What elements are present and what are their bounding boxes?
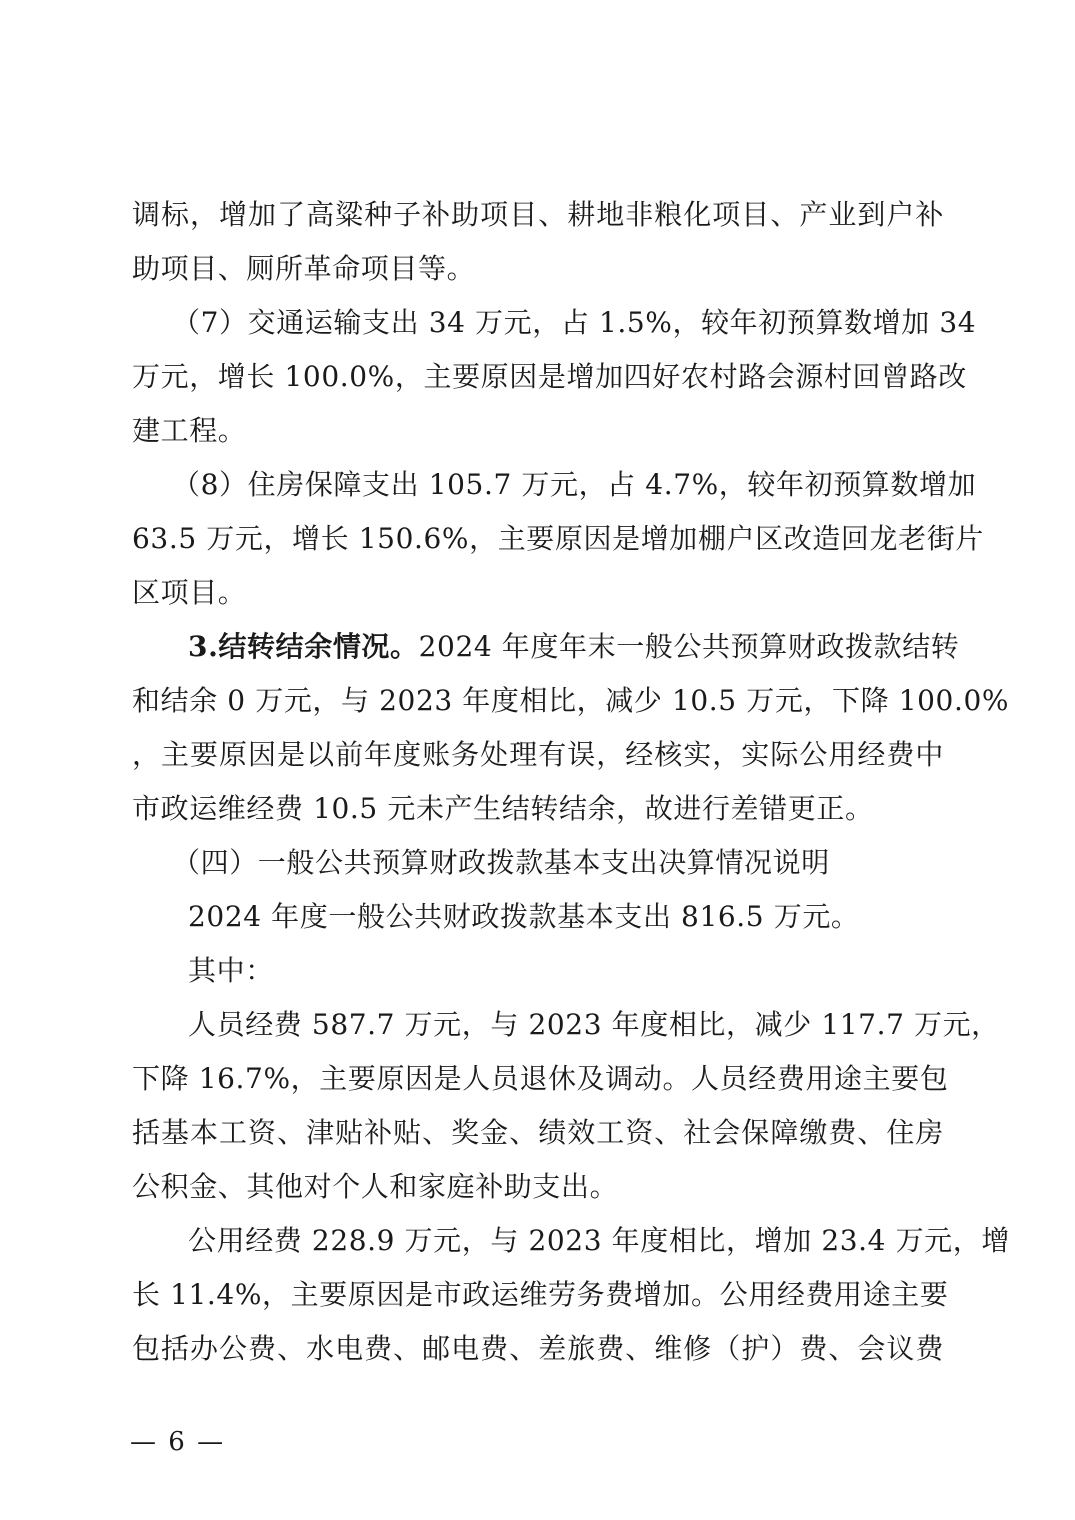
paragraph-line-public: 公用经费 228.9 万元，与 2023 年度相比，增加 23.4 万元，增 (188, 1221, 944, 1261)
paragraph-line: 下降 16.7%，主要原因是人员退休及调动。人员经费用途主要包 (132, 1059, 944, 1099)
paragraph-line: 包括办公费、水电费、邮电费、差旅费、维修（护）费、会议费 (132, 1329, 944, 1369)
paragraph-line: 和结余 0 万元，与 2023 年度相比，减少 10.5 万元，下降 100.0… (132, 681, 944, 721)
paragraph-line: ，主要原因是以前年度账务处理有误，经核实，实际公用经费中 (132, 735, 944, 775)
paragraph-line: 市政运维经费 10.5 元未产生结转结余，故进行差错更正。 (132, 789, 944, 829)
section-heading-basic-expenditure: （四）一般公共预算财政拨款基本支出决算情况说明 (172, 843, 984, 883)
paragraph-line: 调标，增加了高粱种子补助项目、耕地非粮化项目、产业到户补 (132, 195, 944, 235)
paragraph-line: 括基本工资、津贴补贴、奖金、绩效工资、社会保障缴费、住房 (132, 1113, 944, 1153)
paragraph-line: 助项目、厕所革命项目等。 (132, 249, 944, 289)
paragraph-line: 63.5 万元，增长 150.6%，主要原因是增加棚户区改造回龙老街片 (132, 519, 944, 559)
page-number: — 6 — (130, 1422, 225, 1462)
paragraph-text: 2024 年度年末一般公共预算财政拨款结转 (419, 627, 960, 667)
paragraph-line-personnel: 人员经费 587.7 万元，与 2023 年度相比，减少 117.7 万元， (188, 1005, 944, 1045)
document-page: 调标，增加了高粱种子补助项目、耕地非粮化项目、产业到户补 助项目、厕所革命项目等… (0, 0, 1075, 1520)
paragraph-line: 建工程。 (132, 411, 944, 451)
paragraph-line-carryover: 3.结转结余情况。2024 年度年末一般公共预算财政拨款结转 (188, 627, 944, 667)
paragraph-line: 2024 年度一般公共财政拨款基本支出 816.5 万元。 (188, 897, 1000, 937)
paragraph-line-item-8: （8）住房保障支出 105.7 万元，占 4.7%，较年初预算数增加 (172, 465, 944, 505)
paragraph-line: 长 11.4%，主要原因是市政运维劳务费增加。公用经费用途主要 (132, 1275, 944, 1315)
paragraph-line-item-7: （7）交通运输支出 34 万元，占 1.5%，较年初预算数增加 34 (172, 303, 944, 343)
paragraph-line: 万元，增长 100.0%，主要原因是增加四好农村路会源村回曾路改 (132, 357, 944, 397)
paragraph-line: 区项目。 (132, 573, 944, 613)
paragraph-line: 其中： (188, 951, 1000, 991)
section-heading-carryover: 3.结转结余情况。 (188, 627, 419, 667)
paragraph-line: 公积金、其他对个人和家庭补助支出。 (132, 1167, 944, 1207)
